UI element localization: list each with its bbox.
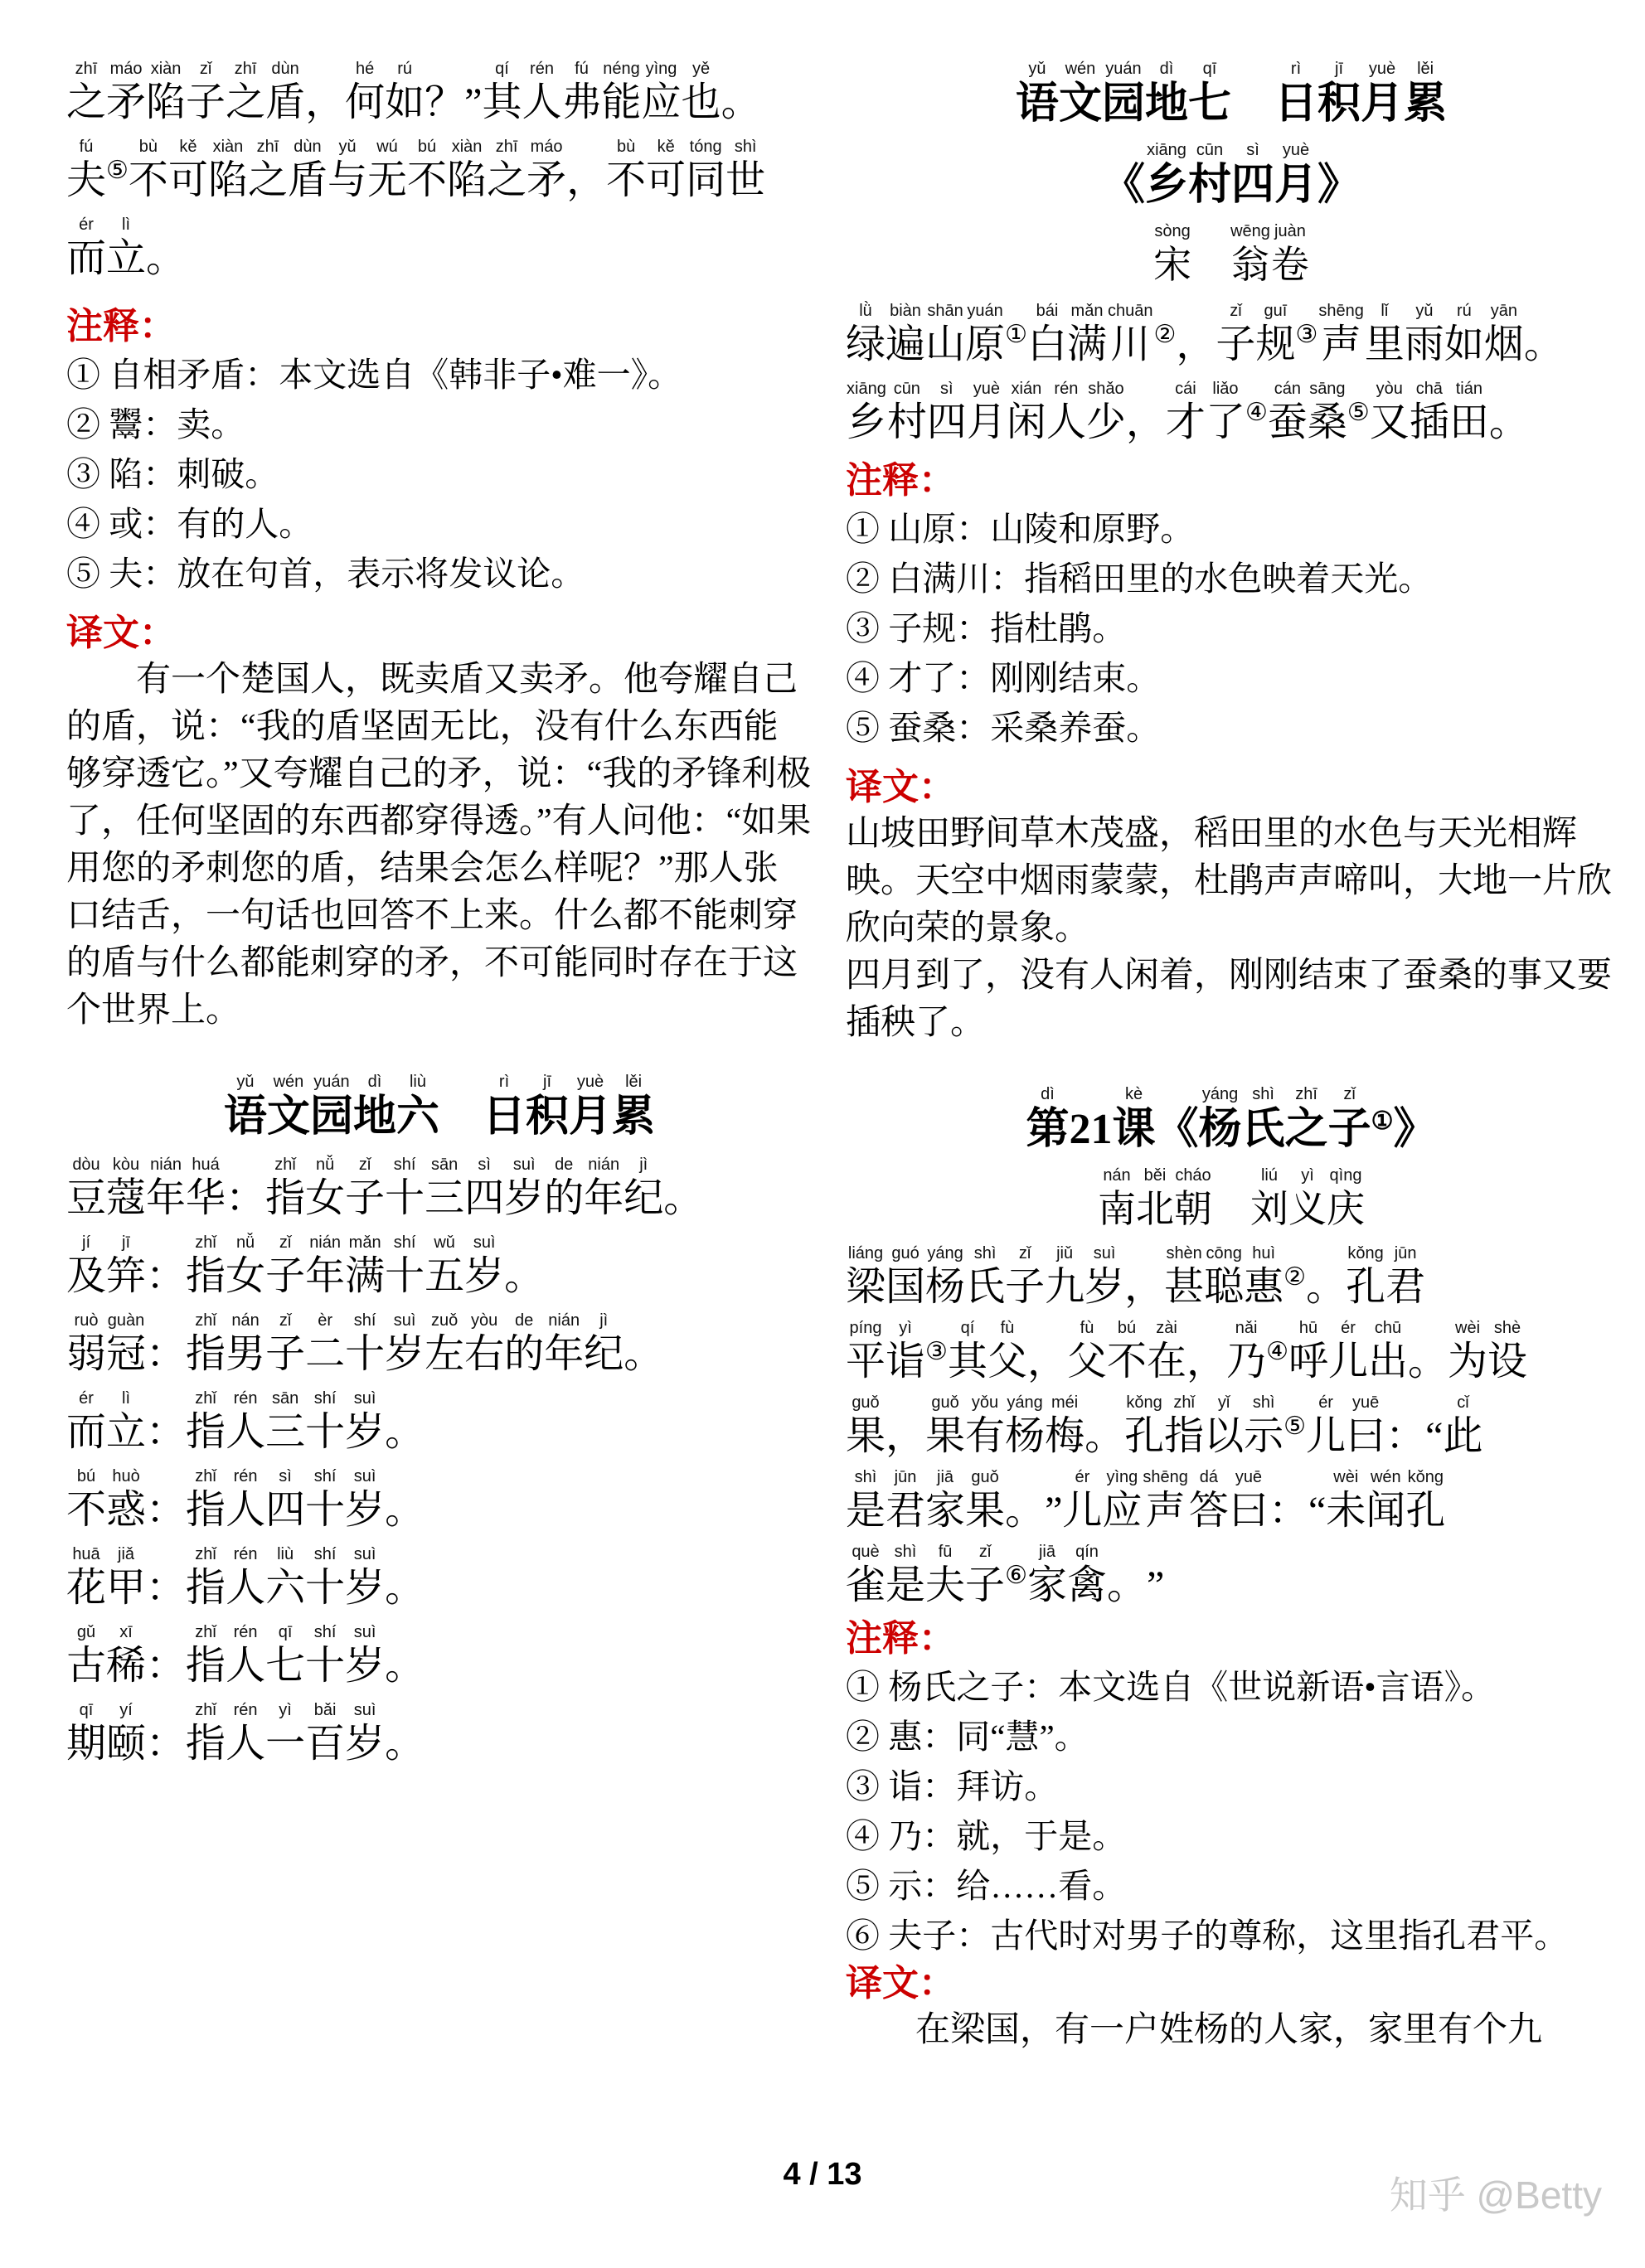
ruby-token: jiā家 — [925, 1466, 965, 1534]
ruby-token: rú如 — [385, 58, 425, 126]
ruby-token: wén文 — [1059, 58, 1102, 129]
ruby-token: shèn甚 — [1164, 1243, 1204, 1311]
ruby-token: 。 — [663, 1154, 703, 1222]
section-heading-garden6: yǔ语wén文yuán园dì地liù六 rì日jī积yuè月lěi累 — [66, 1071, 813, 1142]
ruby-token: máo矛 — [526, 136, 566, 204]
ruby-token: kě可 — [646, 136, 686, 204]
ruby-token: cūn村 — [1188, 139, 1231, 211]
ruby-token: nán男 — [226, 1310, 265, 1378]
notes-label: 注释： — [66, 303, 813, 350]
lesson21-author: nán南běi北cháo朝 liú刘yì义qìng庆 — [846, 1165, 1617, 1233]
ruby-token: mǎn满 — [1067, 300, 1107, 368]
section-heading-garden7: yǔ语wén文yuán园dì地qī七 rì日jī积yuè月lěi累 — [846, 58, 1617, 129]
ruby-token: suì岁 — [345, 1621, 385, 1689]
ruby-token: de的 — [504, 1310, 544, 1378]
ruby-token: jí及 — [66, 1232, 106, 1300]
ruby-token: zhǐ指 — [186, 1310, 226, 1378]
ruby-token: yuán原 — [965, 300, 1005, 368]
ruby-token: zǐ子 — [1216, 300, 1255, 368]
ruby-line: què雀shì是fū夫zǐ子⑥jiā家qín禽。” — [846, 1541, 1617, 1609]
ruby-token: guó国 — [886, 1243, 925, 1311]
note-line: ② 白满川：指稻田里的水色映着天光。 — [846, 554, 1617, 603]
ruby-token: chū出 — [1368, 1317, 1408, 1385]
note-line: ① 自相矛盾：本文选自《韩非子•难一》。 — [66, 350, 813, 400]
ruby-token: sān三 — [425, 1154, 464, 1222]
ruby-token: zhǐ指 — [186, 1543, 226, 1611]
section-heading-lesson21: dì第21kè课《yáng杨shì氏zhī之zǐ子①》 — [846, 1083, 1617, 1155]
ruby-token: zhī之 — [1285, 1083, 1328, 1155]
ruby-token: suì岁 — [1085, 1243, 1124, 1311]
ruby-token: sì四 — [927, 378, 967, 446]
ruby-token: jiā家 — [1027, 1541, 1067, 1609]
ruby-token: nián年 — [305, 1232, 345, 1300]
ruby-token: rén人 — [226, 1543, 265, 1611]
ruby-token: lěi累 — [612, 1071, 655, 1142]
ruby-token: ， — [1126, 378, 1166, 446]
note-ref-mark: ⑤ — [1283, 1392, 1306, 1460]
ruby-token: 《 — [1156, 1083, 1199, 1155]
ruby-line: qī期yí颐：zhǐ指rén人yì一bǎi百suì岁。 — [66, 1699, 813, 1767]
ruby-token: zǐ子 — [265, 1310, 305, 1378]
ruby-token: qī期 — [66, 1699, 106, 1767]
ruby-token: guī规 — [1255, 300, 1295, 368]
idiom-list-ages: dòu豆kòu蔻nián年huá华：zhǐ指nǚ女zǐ子shí十sān三sì四s… — [66, 1154, 813, 1767]
ruby-token: juàn卷 — [1271, 220, 1309, 288]
ruby-line: jí及jī笄：zhǐ指nǚ女zǐ子nián年mǎn满shí十wǔ五suì岁。 — [66, 1232, 813, 1300]
ruby-token: nián年 — [544, 1310, 584, 1378]
ruby-token: bái白 — [1027, 300, 1067, 368]
ruby-token: yáng杨 — [1005, 1392, 1045, 1460]
note-ref-mark: ① — [1005, 300, 1027, 368]
ruby-token: shēng声 — [1317, 300, 1365, 368]
ruby-token: ” — [464, 58, 482, 126]
ruby-token: dì第 — [1026, 1083, 1069, 1155]
ruby-token: 。 — [1005, 1466, 1045, 1534]
note-ref-mark: ⑥ — [1005, 1541, 1027, 1609]
ruby-token: nián年 — [584, 1154, 624, 1222]
ruby-token: 21 — [1070, 1083, 1113, 1155]
ruby-token: zhǐ指 — [1164, 1392, 1204, 1460]
ruby-token: ： — [146, 1543, 186, 1611]
ruby-token: zǐ子 — [965, 1541, 1005, 1609]
note-line: ③ 诣：拜访。 — [846, 1762, 1617, 1811]
ruby-token: lǐ里 — [1365, 300, 1405, 368]
ruby-token: yǔ语 — [1016, 58, 1059, 129]
ruby-line: dòu豆kòu蔻nián年huá华：zhǐ指nǚ女zǐ子shí十sān三sì四s… — [66, 1154, 813, 1222]
ruby-token: ： — [1385, 1392, 1425, 1460]
ruby-token: bǎi百 — [305, 1699, 345, 1767]
ruby-token: shì是 — [886, 1541, 925, 1609]
ruby-token: yáng杨 — [925, 1243, 965, 1311]
ruby-token: guǒ果 — [965, 1466, 1005, 1534]
ruby-token: xiāng乡 — [846, 378, 887, 446]
ruby-token: yǔ雨 — [1405, 300, 1444, 368]
ruby-token: shān山 — [925, 300, 965, 368]
note-line: ② 鬻：卖。 — [66, 400, 813, 449]
ruby-token: méi梅 — [1045, 1392, 1085, 1460]
ruby-token: ： — [146, 1466, 186, 1534]
ruby-token: 。 — [385, 1543, 425, 1611]
ruby-token — [439, 1071, 483, 1142]
ruby-token: fù父 — [1067, 1317, 1107, 1385]
ruby-line: guǒ果，guǒ果yǒu有yáng杨méi梅。kǒng孔zhǐ指yǐ以shì示⑤… — [846, 1392, 1617, 1460]
ruby-token: liù六 — [265, 1543, 305, 1611]
ruby-token: suì岁 — [345, 1543, 385, 1611]
ruby-token: 《 — [1102, 139, 1145, 211]
poem-text-xiangcunsiyue: lǜ绿biàn遍shān山yuán原①bái白mǎn满chuān川②，zǐ子gu… — [846, 300, 1617, 446]
ruby-token: nǚ女 — [305, 1154, 345, 1222]
ruby-token: suì岁 — [345, 1699, 385, 1767]
ruby-token: 。 — [1107, 1541, 1147, 1609]
ruby-token: zhǐ指 — [265, 1154, 305, 1222]
note-ref-mark: ③ — [1295, 300, 1317, 368]
ruby-token: ” — [1045, 1466, 1062, 1534]
ruby-token: 。 — [1489, 378, 1529, 446]
note-line: ④ 或：有的人。 — [66, 499, 813, 549]
ruby-token: sì四 — [1231, 139, 1274, 211]
poem-notes-list: ① 山原：山陵和原野。② 白满川：指稻田里的水色映着天光。③ 子规：指杜鹃。④ … — [846, 504, 1617, 753]
ruby-token: hé何 — [345, 58, 385, 126]
ruby-token: yáng杨 — [1199, 1083, 1242, 1155]
ruby-line: gǔ古xī稀：zhǐ指rén人qī七shí十suì岁。 — [66, 1621, 813, 1689]
ruby-token: huò惑 — [106, 1466, 146, 1534]
ruby-token: shí十 — [345, 1310, 385, 1378]
ruby-line: lǜ绿biàn遍shān山yuán原①bái白mǎn满chuān川②，zǐ子gu… — [846, 300, 1617, 368]
ruby-token: dá答 — [1189, 1466, 1229, 1534]
ruby-token: 》 — [1394, 1083, 1437, 1155]
ruby-token: 。 — [1524, 300, 1564, 368]
lesson21-notes-list: ① 杨氏之子：本文选自《世说新语•言语》。② 惠：同“慧”。③ 诣：拜访。④ 乃… — [846, 1662, 1617, 1960]
ruby-token: zài在 — [1147, 1317, 1186, 1385]
ruby-token: yòu又 — [1370, 378, 1410, 446]
ruby-token: ： — [146, 1232, 186, 1300]
ruby-token: ér儿 — [1328, 1317, 1368, 1385]
ruby-token: qìng庆 — [1327, 1165, 1365, 1233]
ruby-token: ” — [1147, 1541, 1164, 1609]
ruby-token: jī积 — [1317, 58, 1361, 129]
ruby-token: suì岁 — [464, 1232, 504, 1300]
ruby-token: yuē曰 — [1229, 1466, 1269, 1534]
ruby-token: rì日 — [483, 1071, 526, 1142]
ruby-token: cūn村 — [887, 378, 927, 446]
note-ref-mark: ② — [1283, 1243, 1306, 1311]
note-ref-mark: ③ — [925, 1317, 948, 1385]
ruby-token: jì纪 — [584, 1310, 624, 1378]
ruby-token: ， — [1124, 1243, 1164, 1311]
ruby-token: shí十 — [385, 1232, 425, 1300]
classical-text-zixiangmaodun: zhī之máo矛xiàn陷zǐ子zhī之dùn盾，hé何rú如？”qí其rén人… — [66, 58, 813, 282]
ruby-line: píng平yì诣③qí其fù父，fù父bú不zài在，nǎi乃④hū呼ér儿ch… — [846, 1317, 1617, 1385]
ruby-token: wèi未 — [1326, 1466, 1366, 1534]
ruby-token: bú不 — [1107, 1317, 1147, 1385]
ruby-token: yì一 — [265, 1699, 305, 1767]
ruby-token: yí颐 — [106, 1699, 146, 1767]
ruby-token: jī笄 — [106, 1232, 146, 1300]
ruby-token: 。 — [1085, 1392, 1124, 1460]
ruby-token: yì义 — [1288, 1165, 1327, 1233]
ruby-token: biàn遍 — [886, 300, 925, 368]
ruby-token: shí十 — [305, 1466, 345, 1534]
note-ref-mark: ④ — [1266, 1317, 1288, 1385]
note-ref-mark: ⑤ — [1347, 378, 1370, 446]
ruby-token: rén人 — [226, 1388, 265, 1456]
ruby-token: xiàn陷 — [447, 136, 487, 204]
ruby-token: nián年 — [146, 1154, 186, 1222]
ruby-token: shì是 — [846, 1466, 886, 1534]
poem-author: sòng宋 wēng翁juàn卷 — [846, 220, 1617, 288]
ruby-token: qī七 — [1188, 58, 1231, 129]
ruby-token: yìng应 — [1102, 1466, 1142, 1534]
ruby-token: shè设 — [1487, 1317, 1527, 1385]
ruby-token: 。 — [721, 58, 761, 126]
ruby-line: fú夫⑤bù不kě可xiàn陷zhī之dùn盾yǔ与wú无bú不xiàn陷zhī… — [66, 136, 813, 204]
ruby-token: cái才 — [1166, 378, 1206, 446]
ruby-token: cán蚕 — [1268, 378, 1308, 446]
ruby-token: shēng声 — [1142, 1466, 1189, 1534]
ruby-token: de的 — [544, 1154, 584, 1222]
ruby-token: rén人 — [226, 1466, 265, 1534]
ruby-token: kě可 — [168, 136, 208, 204]
ruby-token: jiǎ甲 — [106, 1543, 146, 1611]
ruby-token: chuān川 — [1107, 300, 1154, 368]
ruby-token: yuè月 — [967, 378, 1007, 446]
ruby-token: sì四 — [464, 1154, 504, 1222]
lesson21-notes-label: 注释： — [846, 1616, 1617, 1662]
ruby-token: xiāng乡 — [1145, 139, 1188, 211]
ruby-token: zhī之 — [248, 136, 288, 204]
ruby-token: ， — [1027, 1317, 1067, 1385]
ruby-token: cǐ此 — [1443, 1392, 1482, 1460]
ruby-token: ， — [886, 1392, 925, 1460]
ruby-token: yuè月 — [569, 1071, 612, 1142]
ruby-token: zhǐ指 — [186, 1466, 226, 1534]
ruby-token: ： — [146, 1310, 186, 1378]
ruby-token: kè课 — [1113, 1083, 1156, 1155]
ruby-token: zhǐ指 — [186, 1699, 226, 1767]
ruby-token: 。 — [1306, 1243, 1346, 1311]
ruby-token: suì岁 — [504, 1154, 544, 1222]
ruby-token: huā花 — [66, 1543, 106, 1611]
poem-notes-label: 注释： — [846, 458, 1617, 504]
ruby-token: 。 — [504, 1232, 544, 1300]
ruby-token: huì惠 — [1244, 1243, 1283, 1311]
ruby-token: wén闻 — [1366, 1466, 1405, 1534]
ruby-token: 。 — [385, 1699, 425, 1767]
ruby-token: liú刘 — [1250, 1165, 1288, 1233]
ruby-token: yuè月 — [1361, 58, 1404, 129]
ruby-token: yuán园 — [1102, 58, 1145, 129]
ruby-token: yì诣 — [886, 1317, 925, 1385]
ruby-token: ér儿 — [1062, 1466, 1102, 1534]
ruby-token: yǔ语 — [224, 1071, 267, 1142]
ruby-token: ， — [1176, 300, 1216, 368]
ruby-token: shǎo少 — [1086, 378, 1126, 446]
ruby-token: qí其 — [948, 1317, 987, 1385]
ruby-token: máo矛 — [106, 58, 146, 126]
ruby-token: zǐ子 — [345, 1154, 385, 1222]
ruby-token: cōng聪 — [1204, 1243, 1244, 1311]
ruby-token: yuán园 — [310, 1071, 353, 1142]
note-line: ④ 乃：就，于是。 — [846, 1811, 1617, 1861]
ruby-line: bú不huò惑：zhǐ指rén人sì四shí十suì岁。 — [66, 1466, 813, 1534]
ruby-token: guǒ果 — [846, 1392, 886, 1460]
ruby-token: suì岁 — [345, 1388, 385, 1456]
ruby-token: “ — [1425, 1392, 1443, 1460]
ruby-token: nǚ女 — [226, 1232, 265, 1300]
ruby-token: fú弗 — [562, 58, 602, 126]
ruby-token: 。 — [624, 1310, 663, 1378]
ruby-token: rì日 — [1274, 58, 1317, 129]
ruby-token: rén人 — [522, 58, 561, 126]
ruby-token: bú不 — [66, 1466, 106, 1534]
ruby-token: yǐ以 — [1204, 1392, 1244, 1460]
ruby-token: 。 — [385, 1466, 425, 1534]
ruby-token: 。 — [385, 1388, 425, 1456]
ruby-token: zhǐ指 — [186, 1388, 226, 1456]
ruby-token: liù六 — [396, 1071, 439, 1142]
ruby-token: kǒng孔 — [1124, 1392, 1164, 1460]
poem-title: 《xiāng乡cūn村sì四yuè月》 — [846, 139, 1617, 211]
ruby-token: shì氏 — [1242, 1083, 1285, 1155]
classical-text-yangshizhizi: liáng梁guó国yáng杨shì氏zǐ子jiǔ九suì岁，shèn甚cōng… — [846, 1243, 1617, 1609]
ruby-token: xiàn陷 — [146, 58, 186, 126]
ruby-token: rú如 — [1444, 300, 1484, 368]
ruby-token: 。 — [385, 1621, 425, 1689]
ruby-token: què雀 — [846, 1541, 886, 1609]
ruby-token: nǎi乃 — [1226, 1317, 1266, 1385]
ruby-token: liǎo了 — [1206, 378, 1245, 446]
ruby-token: píng平 — [846, 1317, 886, 1385]
ruby-token: lì立 — [106, 214, 146, 282]
ruby-token: shì世 — [725, 136, 765, 204]
ruby-token: yuē曰 — [1346, 1392, 1385, 1460]
ruby-token: qí其 — [482, 58, 522, 126]
ruby-token: yǒu有 — [965, 1392, 1005, 1460]
ruby-token: kòu蔻 — [106, 1154, 146, 1222]
note-line: ③ 子规：指杜鹃。 — [846, 603, 1617, 653]
ruby-token: ér儿 — [1306, 1392, 1346, 1460]
ruby-token: dòu豆 — [66, 1154, 106, 1222]
ruby-token: shí十 — [305, 1543, 345, 1611]
ruby-line: liáng梁guó国yáng杨shì氏zǐ子jiǔ九suì岁，shèn甚cōng… — [846, 1243, 1617, 1311]
ruby-token: běi北 — [1136, 1165, 1174, 1233]
ruby-line: zhī之máo矛xiàn陷zǐ子zhī之dùn盾，hé何rú如？”qí其rén人… — [66, 58, 813, 126]
ruby-token: suì岁 — [385, 1310, 425, 1378]
ruby-token: ér而 — [66, 214, 106, 282]
ruby-token: jì纪 — [624, 1154, 663, 1222]
ruby-token: bù不 — [606, 136, 646, 204]
ruby-token: kǒng孔 — [1346, 1243, 1385, 1311]
ruby-token — [1231, 58, 1274, 129]
ruby-token: wén文 — [267, 1071, 310, 1142]
ruby-token: sòng宋 — [1153, 220, 1191, 288]
ruby-token — [1191, 220, 1230, 288]
translation-paragraph-zixiangmaodun: 有一个楚国人，既卖盾又卖矛。他夸耀自己的盾，说：“我的盾坚固无比，没有什么东西能… — [66, 657, 813, 1035]
zhihu-watermark: 知乎 @Betty — [1390, 2165, 1602, 2220]
ruby-token: shì示 — [1244, 1392, 1283, 1460]
ruby-token: zhī之 — [226, 58, 265, 126]
ruby-token: guàn冠 — [106, 1310, 146, 1378]
ruby-line: huā花jiǎ甲：zhǐ指rén人liù六shí十suì岁。 — [66, 1543, 813, 1611]
lesson21-translation-paragraph: 在梁国，有一户姓杨的人家，家里有个九 — [846, 2007, 1617, 2054]
ruby-token: yuè月 — [1274, 139, 1317, 211]
ruby-token: dùn盾 — [265, 58, 305, 126]
ruby-token: zhǐ指 — [186, 1621, 226, 1689]
ruby-token: sì四 — [265, 1466, 305, 1534]
ruby-token: jiǔ九 — [1045, 1243, 1085, 1311]
ruby-token: fù父 — [987, 1317, 1027, 1385]
ruby-token: rén人 — [226, 1699, 265, 1767]
ruby-token: jūn君 — [1385, 1243, 1425, 1311]
note-ref-mark: ① — [1371, 1087, 1394, 1155]
ruby-line: ér而lì立：zhǐ指rén人sān三shí十suì岁。 — [66, 1388, 813, 1456]
ruby-token: jī积 — [526, 1071, 569, 1142]
ruby-token: zhī之 — [487, 136, 526, 204]
ruby-token: lěi累 — [1404, 58, 1447, 129]
note-line: ③ 陷：刺破。 — [66, 449, 813, 499]
ruby-token: zǐ子 — [186, 58, 226, 126]
ruby-token: rén人 — [1046, 378, 1086, 446]
note-line: ⑥ 夫子：古代时对男子的尊称，这里指孔君平。 — [846, 1911, 1617, 1960]
ruby-token: fū夫 — [925, 1541, 965, 1609]
ruby-token: xiàn陷 — [208, 136, 248, 204]
ruby-token: bú不 — [407, 136, 447, 204]
ruby-token: wēng翁 — [1230, 220, 1271, 288]
ruby-token: wú无 — [367, 136, 407, 204]
ruby-token: ： — [146, 1621, 186, 1689]
note-line: ⑤ 夫：放在句首，表示将发议论。 — [66, 549, 813, 598]
ruby-token: bù不 — [129, 136, 168, 204]
ruby-token: ér而 — [66, 1388, 106, 1456]
ruby-token: qín禽 — [1067, 1541, 1107, 1609]
ruby-token: shì氏 — [965, 1243, 1005, 1311]
ruby-line: xiāng乡cūn村sì四yuè月xián闲rén人shǎo少，cái才liǎo… — [846, 378, 1617, 446]
ruby-token: shí十 — [385, 1154, 425, 1222]
ruby-token: ？ — [425, 58, 464, 126]
ruby-token: yǔ与 — [328, 136, 367, 204]
ruby-token: cháo朝 — [1174, 1165, 1212, 1233]
ruby-token: ， — [305, 58, 345, 126]
ruby-token: tóng同 — [686, 136, 725, 204]
ruby-token: sāng桑 — [1308, 378, 1347, 446]
ruby-token: 。 — [146, 214, 186, 282]
ruby-line: ér而lì立。 — [66, 214, 813, 282]
ruby-token: suì岁 — [345, 1466, 385, 1534]
ruby-token: zuǒ左 — [425, 1310, 464, 1378]
ruby-token: 》 — [1317, 139, 1361, 211]
ruby-token: fú夫 — [66, 136, 106, 204]
ruby-token: jūn君 — [886, 1466, 925, 1534]
ruby-token: xī稀 — [106, 1621, 146, 1689]
note-line: ⑤ 蚕桑：采桑养蚕。 — [846, 703, 1617, 753]
note-ref-mark: ④ — [1245, 378, 1268, 446]
poem-translation-paragraph-1: 山坡田野间草木茂盛，稻田里的水色与天光相辉映。天空中烟雨蒙蒙，杜鹃声声啼叫，大地… — [846, 811, 1617, 952]
note-line: ① 杨氏之子：本文选自《世说新语•言语》。 — [846, 1662, 1617, 1712]
ruby-token: ， — [566, 136, 606, 204]
note-line: ④ 才了：刚刚结束。 — [846, 653, 1617, 703]
ruby-token: mǎn满 — [345, 1232, 385, 1300]
ruby-token: liáng梁 — [846, 1243, 886, 1311]
left-column: zhī之máo矛xiàn陷zǐ子zhī之dùn盾，hé何rú如？”qí其rén人… — [66, 58, 813, 1777]
ruby-token: dì地 — [1145, 58, 1188, 129]
ruby-token: qī七 — [265, 1621, 305, 1689]
lesson21-translation-label: 译文： — [846, 1960, 1617, 2007]
ruby-token: ： — [146, 1699, 186, 1767]
note-line: ⑤ 示：给……看。 — [846, 1861, 1617, 1911]
ruby-token: yòu右 — [464, 1310, 504, 1378]
ruby-token: nán南 — [1098, 1165, 1136, 1233]
ruby-line: shì是jūn君jiā家guǒ果。”ér儿yìng应shēng声dá答yuē曰：… — [846, 1466, 1617, 1534]
